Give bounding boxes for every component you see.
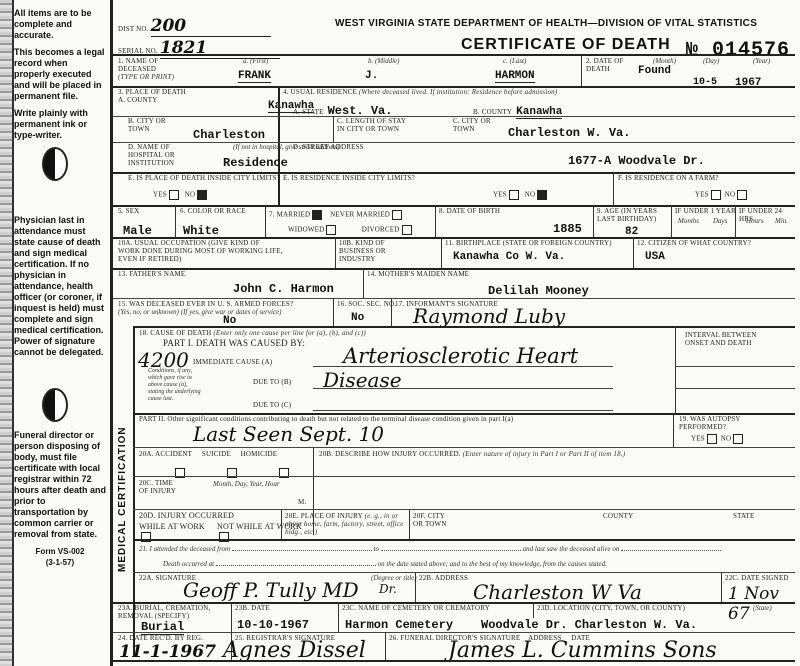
checkbox-yes[interactable] <box>707 434 717 444</box>
checkbox-yes[interactable] <box>711 190 721 200</box>
item3-label: 3. PLACE OF DEATHa. COUNTY <box>118 88 186 104</box>
race-value: White <box>183 224 219 238</box>
checkbox-widowed[interactable] <box>326 225 336 235</box>
scan-binding-edge <box>0 0 14 666</box>
disposition-date: 10-10-1967 <box>237 618 309 632</box>
physician-degree: Dr. <box>379 582 397 596</box>
death-month: Found <box>638 65 671 77</box>
physician-signature: Geoff P. Tully MD <box>183 578 359 602</box>
cemetery-name: Harmon Cemetery <box>345 618 453 632</box>
informant-signature: Raymond Luby <box>413 304 565 328</box>
soc-sec-no: No <box>351 312 364 324</box>
father-name: John C. Harmon <box>233 282 334 296</box>
agency-title: WEST VIRGINIA STATE DEPARTMENT OF HEALTH… <box>335 18 757 29</box>
residence-county: Kanawha <box>516 106 562 119</box>
instructions-sidebar: All items are to be complete and accurat… <box>14 8 106 658</box>
attendance-statement: 21. I attended the deceased from to and … <box>139 545 789 553</box>
instruction-note: Funeral director or person disposing of … <box>14 430 106 540</box>
item1-label: 1. NAME OF DECEASED(Type or print) <box>118 57 198 81</box>
first-name: FRANK <box>238 70 271 83</box>
last-name: HARMON <box>495 70 535 83</box>
sex-value: Male <box>123 224 152 238</box>
citizenship: USA <box>645 251 665 263</box>
mother-maiden-name: Delilah Mooney <box>488 284 589 298</box>
residence-farm: YES NO <box>695 190 747 200</box>
checkbox-yes[interactable] <box>509 190 519 200</box>
death-certificate-page: All items are to be complete and accurat… <box>0 0 800 666</box>
hospital-name: Residence <box>223 156 288 170</box>
instruction-note: Write plainly with permanent ink or type… <box>14 108 106 141</box>
physician-address: Charleston W Va <box>473 580 642 604</box>
marital-status: 7. MARRIED NEVER MARRIED <box>269 210 402 220</box>
checkbox-divorced[interactable] <box>402 225 412 235</box>
death-city-limits: YES NO <box>153 190 207 200</box>
immediate-cause: Arteriosclerotic Heart <box>343 344 578 368</box>
checkbox-no[interactable] <box>737 190 747 200</box>
checkbox-yes[interactable] <box>169 190 179 200</box>
dist-no-field: Dist No. 200 <box>118 16 271 37</box>
death-city: Charleston <box>193 128 265 142</box>
date-received: 11-1-1967 <box>119 642 216 662</box>
instruction-note: All items are to be complete and accurat… <box>14 8 106 41</box>
residence-city: Charleston W. Va. <box>508 126 630 140</box>
hole-punch-icon <box>42 388 68 422</box>
birth-date: 1885 <box>553 222 582 236</box>
certificate-form: Dist No. 200 Serial No. 1821 WEST VIRGIN… <box>113 4 795 662</box>
checkbox-married[interactable] <box>312 210 322 220</box>
middle-name: J. <box>365 70 378 82</box>
hole-punch-icon <box>42 147 68 181</box>
residence-city-limits: YES NO <box>493 190 547 200</box>
birthplace: Kanawha Co W. Va. <box>453 251 565 263</box>
certificate-title: CERTIFICATE OF DEATH <box>461 36 671 54</box>
form-number: Form VS-002 (3-1-57) <box>14 546 106 568</box>
checkbox-no[interactable] <box>733 434 743 444</box>
checkbox-no[interactable] <box>537 190 547 200</box>
checkbox-no[interactable] <box>197 190 207 200</box>
instruction-note: This becomes a legal record when properl… <box>14 47 106 102</box>
item4-label: 4. USUAL RESIDENCE (Where deceased lived… <box>283 88 557 96</box>
instruction-note: Physician last in attendance must state … <box>14 215 106 358</box>
other-conditions: Last Seen Sept. 10 <box>193 422 384 446</box>
cemetery-location: Woodvale Dr. Charleston W. Va. <box>481 618 697 632</box>
item2-label: 2. DATE OF DEATH <box>586 57 631 73</box>
residence-street: 1677-A Woodvale Dr. <box>568 154 705 168</box>
autopsy-performed: YES NO <box>691 434 743 444</box>
certificate-number: № 014576 <box>686 39 790 62</box>
checkbox-never-married[interactable] <box>392 210 402 220</box>
